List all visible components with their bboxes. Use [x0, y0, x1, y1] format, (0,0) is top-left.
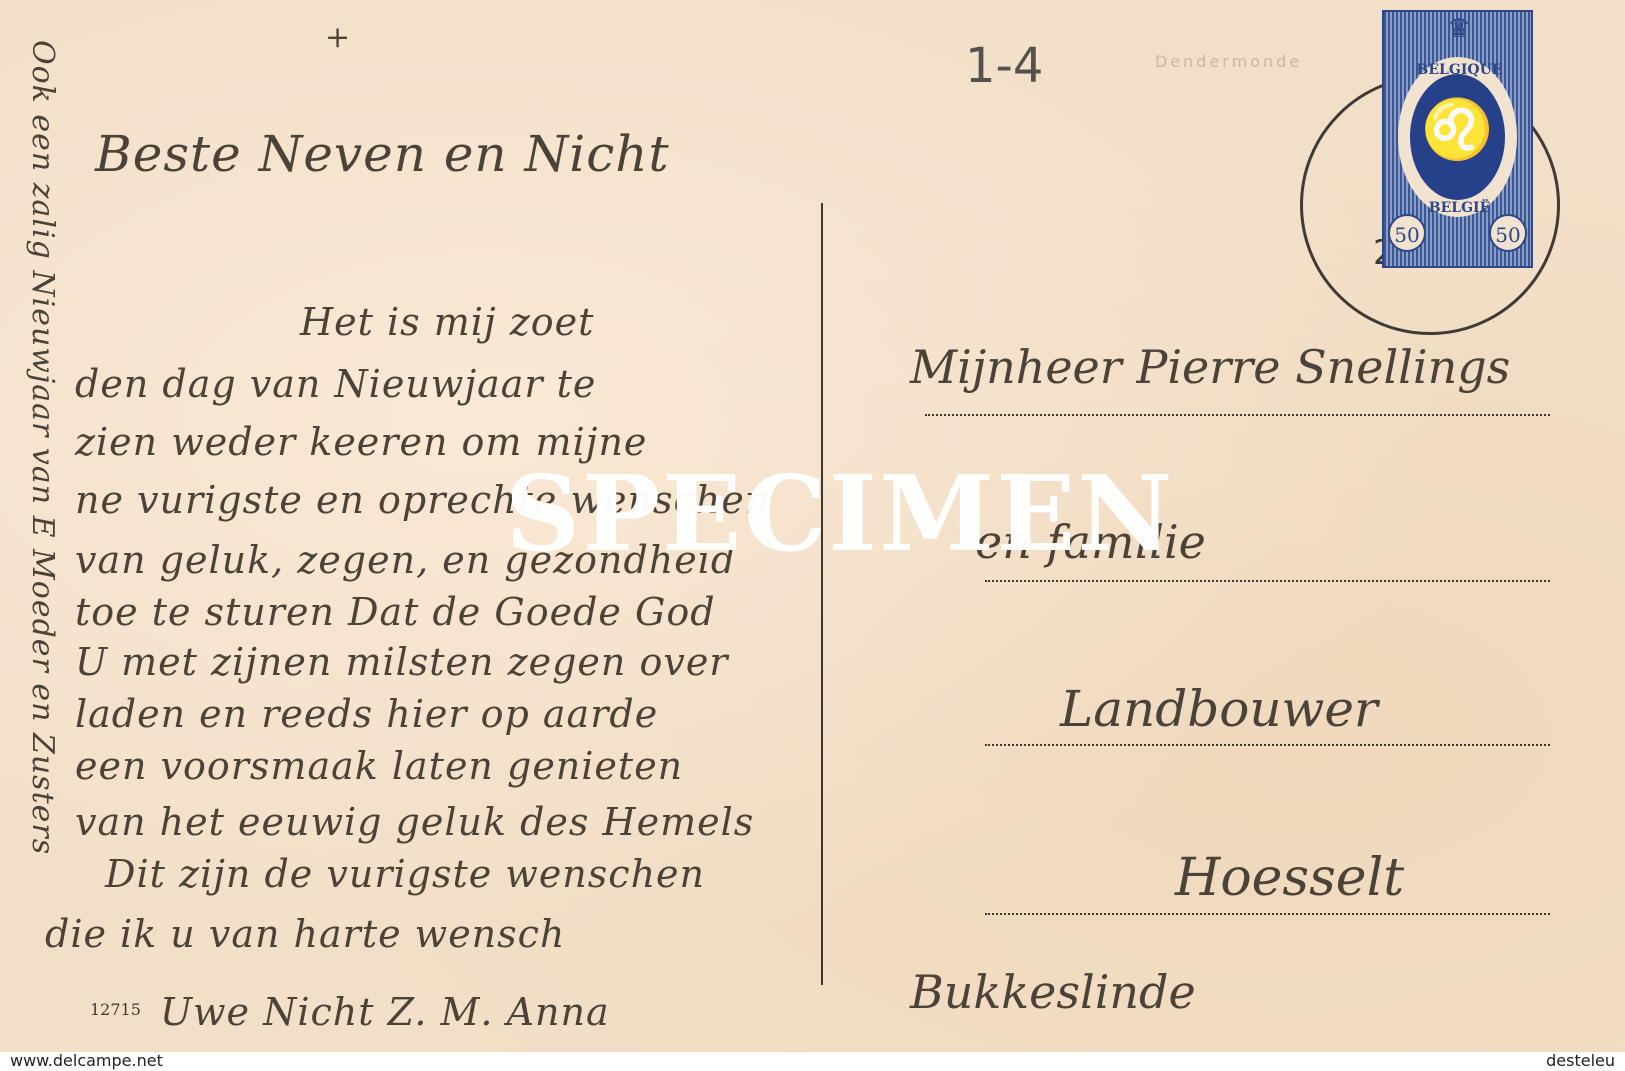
stamp-value-right: 50 — [1489, 214, 1527, 252]
postage-stamp: ♛ BELGIQUE ♌ BELGIË 50 50 — [1382, 10, 1533, 268]
footer-site: www.delcampe.net — [10, 1051, 163, 1070]
address-town: Hoesselt — [1175, 848, 1404, 908]
postcard-back: + 1-4 Dendermonde Ook een zalig Nieuwjaa… — [0, 0, 1625, 1052]
message-line: Het is mij zoet — [300, 300, 594, 344]
center-divider — [821, 203, 823, 985]
pencil-note: 1-4 — [965, 38, 1043, 94]
message-line: U met zijnen milsten zegen over — [75, 640, 728, 684]
address-line-3 — [985, 744, 1550, 746]
message-line: Dit zijn de vurigste wenschen — [105, 852, 705, 896]
address-recipient: Mijnheer Pierre Snellings — [910, 340, 1510, 394]
lion-icon: ♌ — [1410, 100, 1505, 158]
message-line: laden en reeds hier op aarde — [75, 692, 658, 736]
stamp-value-left: 50 — [1388, 214, 1426, 252]
faint-printed-text: Dendermonde — [1155, 52, 1302, 71]
message-line: toe te sturen Dat de Goede God — [75, 590, 716, 634]
stamp-country-bottom: BELGIË — [1404, 200, 1515, 216]
greeting: Beste Neven en Nicht — [95, 125, 670, 183]
address-locality: Bukkeslinde — [910, 965, 1196, 1019]
specimen-watermark: SPECIMEN — [505, 452, 1174, 575]
margin-note: Ook een zalig Nieuwjaar van E Moeder en … — [25, 40, 60, 1040]
footer-seller: desteleu — [1546, 1051, 1615, 1070]
publisher-number: 12715 — [90, 1000, 141, 1019]
cross-mark: + — [325, 20, 350, 55]
signature: Uwe Nicht Z. M. Anna — [160, 990, 610, 1034]
crown-icon: ♛ — [1434, 14, 1484, 44]
stamp-country-top: BELGIQUE — [1404, 62, 1515, 78]
message-line: den dag van Nieuwjaar te — [75, 362, 596, 406]
address-occupation: Landbouwer — [1060, 680, 1378, 738]
address-line-4 — [985, 913, 1550, 915]
message-line: van het eeuwig geluk des Hemels — [75, 800, 754, 844]
address-line-2 — [985, 580, 1550, 582]
message-line: een voorsmaak laten genieten — [75, 744, 683, 788]
message-line: die ik u van harte wensch — [45, 912, 565, 956]
address-line-1 — [925, 414, 1550, 416]
